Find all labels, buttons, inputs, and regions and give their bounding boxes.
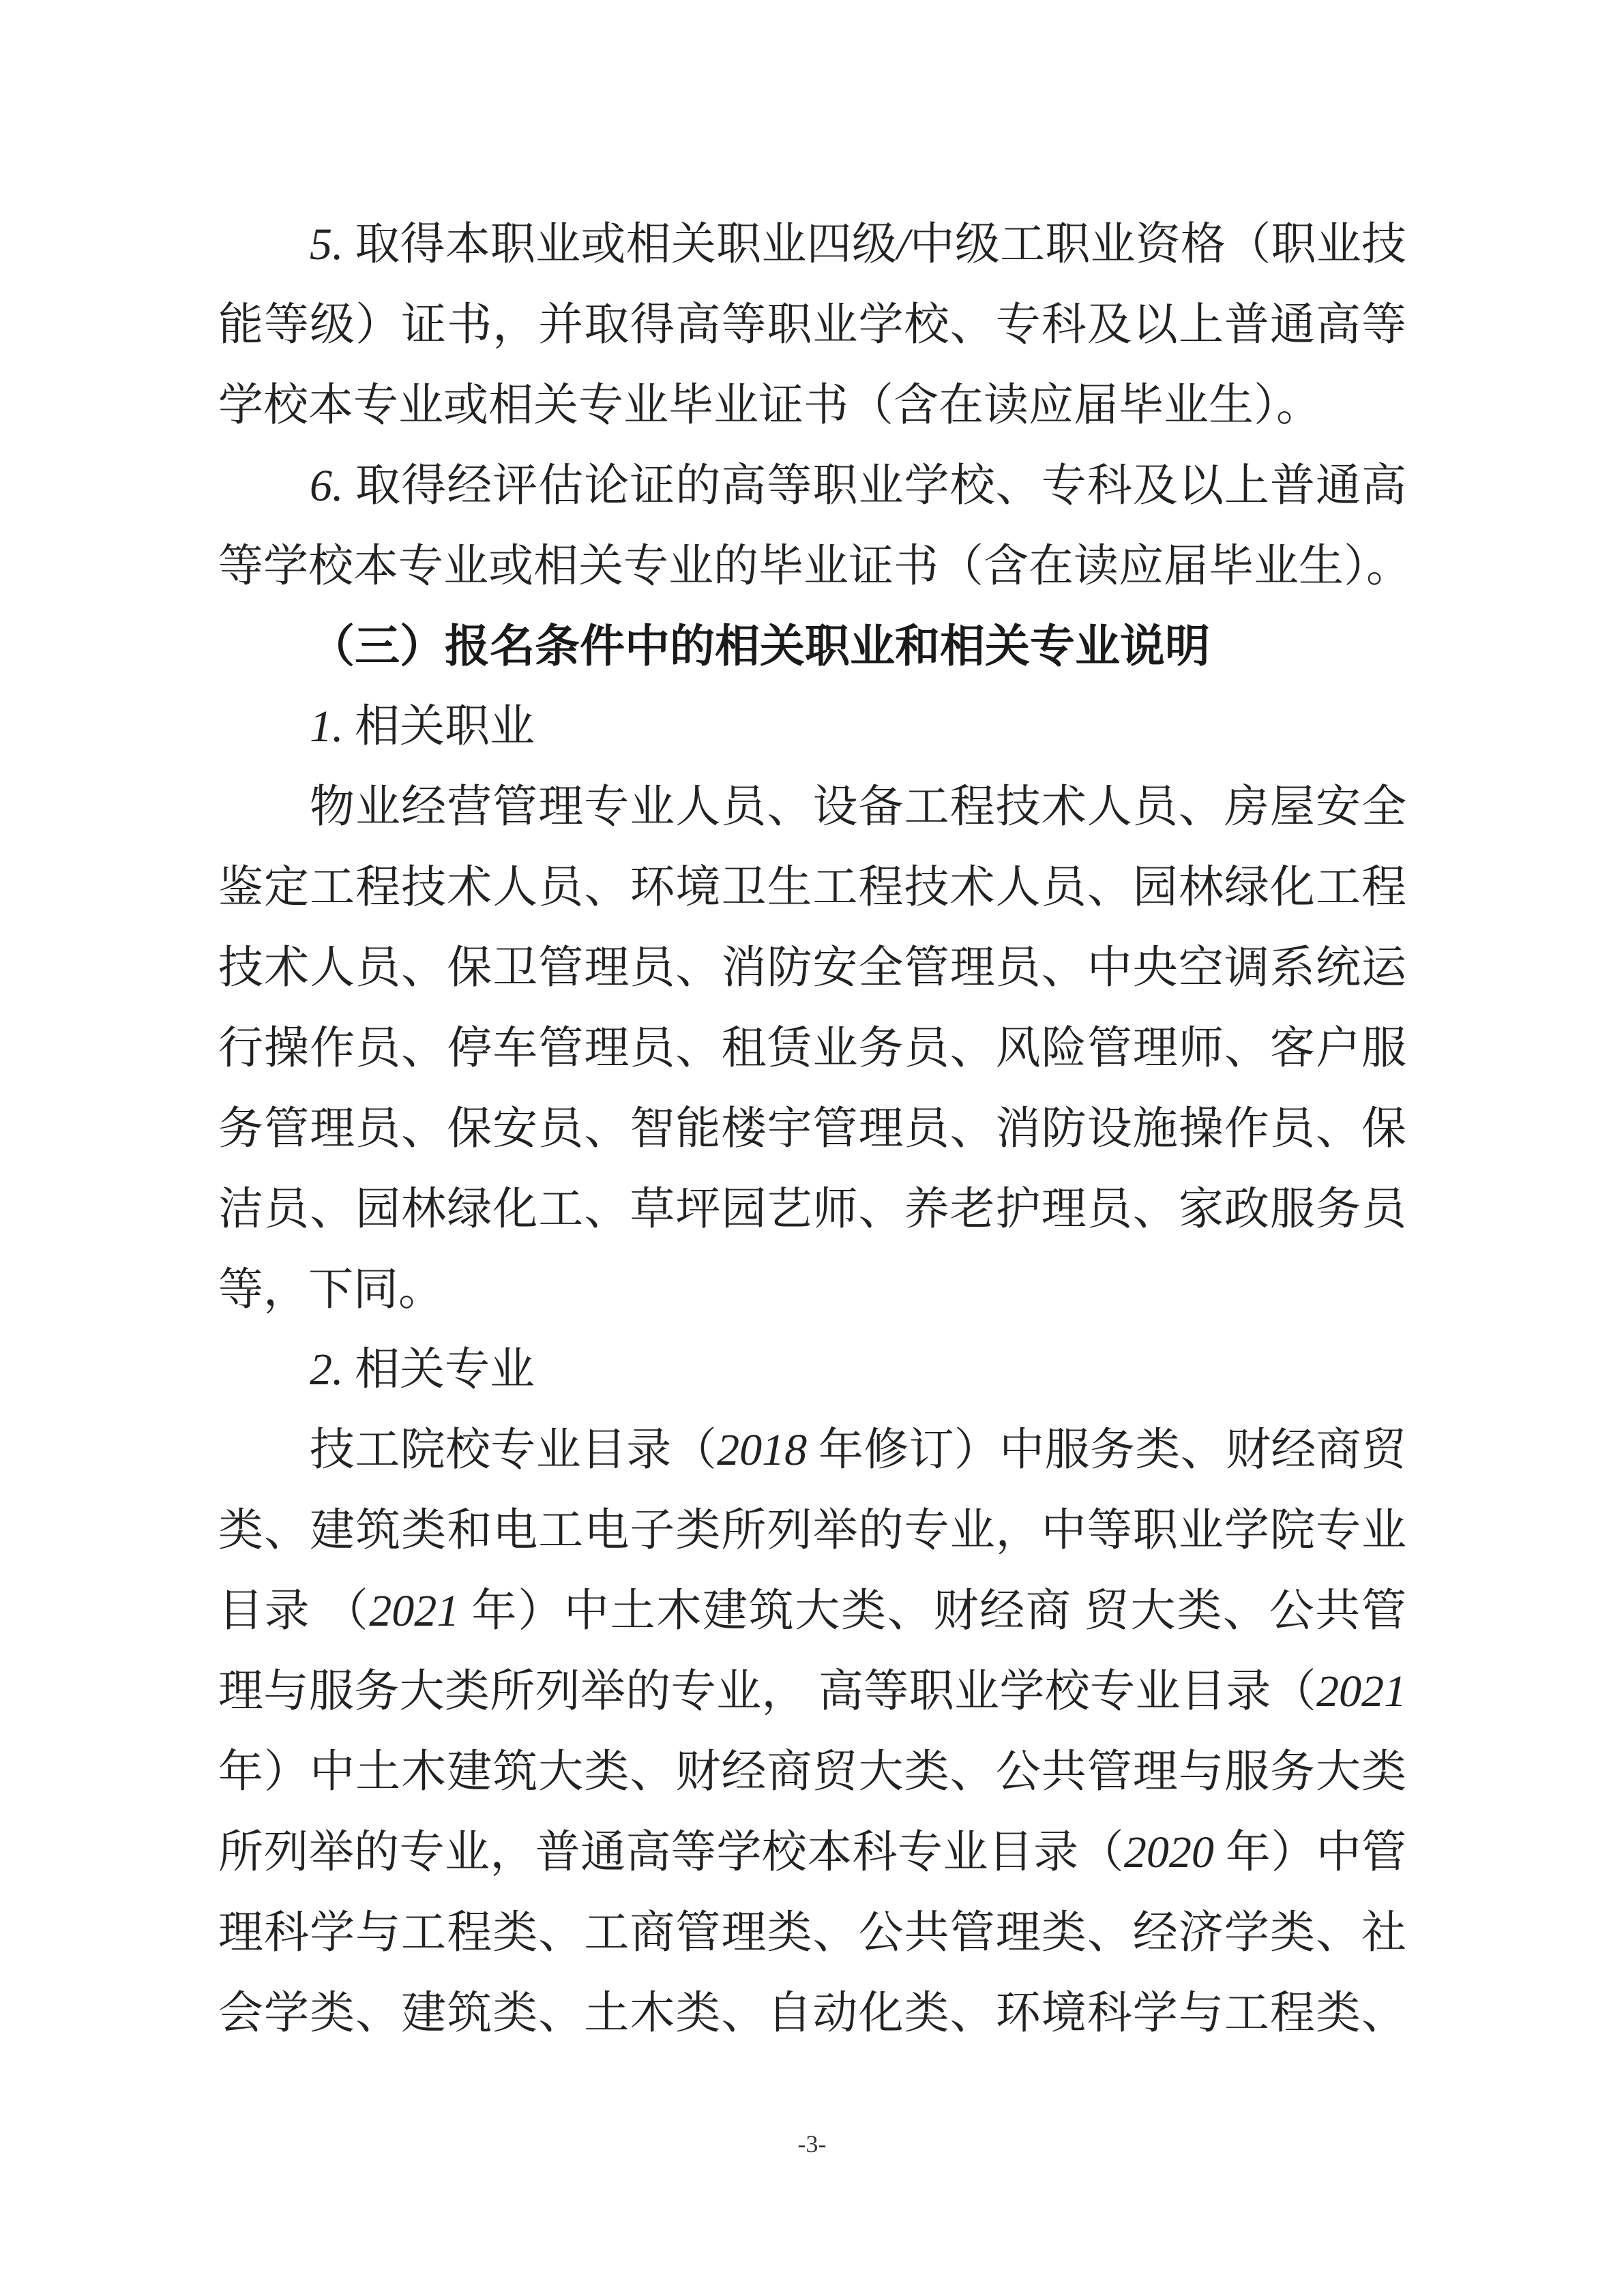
para-occupations-line7: 等，下同。: [218, 1250, 1406, 1330]
para-occupations-line6: 洁员、园林绿化工、草坪园艺师、养老护理员、家政服务员: [218, 1169, 1406, 1250]
para-majors-line6: 所列举的专业，普通高等学校本科专业目录（2020 年）中管: [218, 1813, 1406, 1893]
document-page: 5. 取得本职业或相关职业四级/中级工职业资格（职业技 能等级）证书，并取得高等…: [0, 0, 1624, 2296]
page-footer: -3-: [0, 2129, 1624, 2159]
para-occupations-line1: 物业经营管理专业人员、设备工程技术人员、房屋安全: [218, 767, 1406, 848]
para-majors-line1: 技工院校专业目录（2018 年修订）中服务类、财经商贸: [218, 1410, 1406, 1491]
para-occupations-line3: 技术人员、保卫管理员、消防安全管理员、中央空调系统运: [218, 928, 1406, 1009]
para-item6-line1: 6. 取得经评估论证的高等职业学校、专科及以上普通高: [218, 446, 1406, 526]
page-number: -3-: [798, 2130, 827, 2158]
document-body: 5. 取得本职业或相关职业四级/中级工职业资格（职业技 能等级）证书，并取得高等…: [218, 205, 1406, 2053]
para-item5-line2: 能等级）证书，并取得高等职业学校、专科及以上普通高等: [218, 285, 1406, 366]
subheading-related-occupations: 1. 相关职业: [218, 687, 1406, 767]
para-occupations-line4: 行操作员、停车管理员、租赁业务员、风险管理师、客户服: [218, 1009, 1406, 1089]
para-majors-line5: 年）中土木建筑大类、财经商贸大类、公共管理与服务大类: [218, 1732, 1406, 1813]
para-majors-line4: 理与服务大类所列举的专业， 高等职业学校专业目录（2021: [218, 1652, 1406, 1732]
para-majors-line3: 目录 （2021 年）中土木建筑大类、财经商 贸大类、公共管: [218, 1571, 1406, 1652]
para-item5-line1: 5. 取得本职业或相关职业四级/中级工职业资格（职业技: [218, 205, 1406, 285]
section-heading: （三）报名条件中的相关职业和相关专业说明: [218, 606, 1406, 687]
para-majors-line7: 理科学与工程类、工商管理类、公共管理类、经济学类、社: [218, 1893, 1406, 1973]
para-item5-line3: 学校本专业或相关专业毕业证书（含在读应届毕业生）。: [218, 366, 1406, 446]
para-majors-line8: 会学类、建筑类、土木类、自动化类、环境科学与工程类、: [218, 1973, 1406, 2054]
para-occupations-line2: 鉴定工程技术人员、环境卫生工程技术人员、园林绿化工程: [218, 848, 1406, 928]
para-item6-line2: 等学校本专业或相关专业的毕业证书（含在读应届毕业生）。: [218, 526, 1406, 607]
para-occupations-line5: 务管理员、保安员、智能楼宇管理员、消防设施操作员、保: [218, 1089, 1406, 1169]
subheading-related-majors: 2. 相关专业: [218, 1330, 1406, 1410]
para-majors-line2: 类、建筑类和电工电子类所列举的专业，中等职业学院专业: [218, 1491, 1406, 1571]
